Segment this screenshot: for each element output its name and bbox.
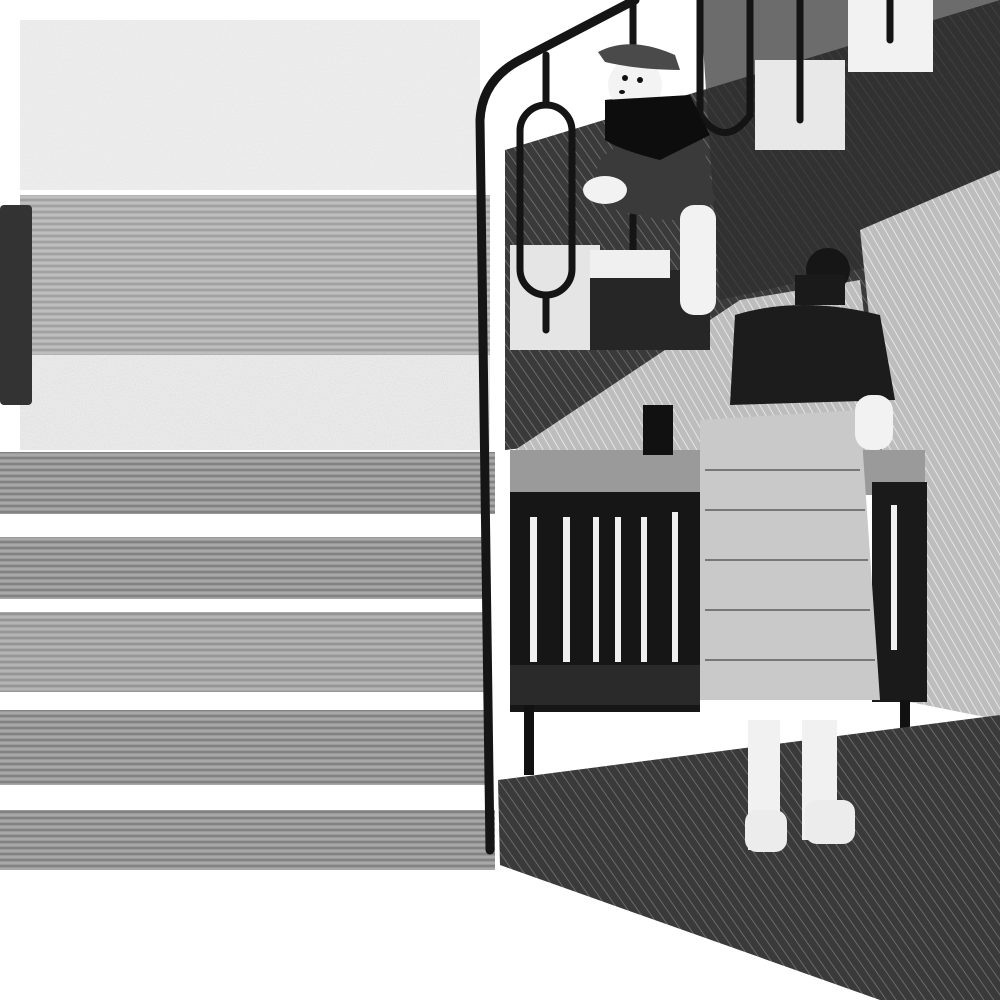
illustration [0,0,1000,1000]
